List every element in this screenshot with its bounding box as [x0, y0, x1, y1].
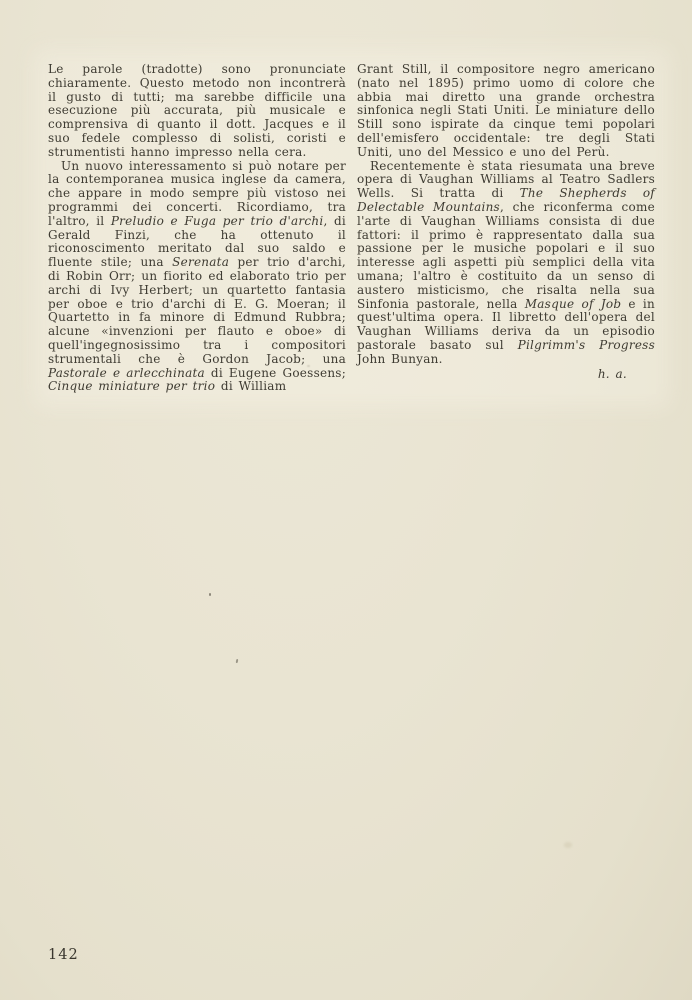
- italic-text-segment: Preludio e Fuga per trio d'archi: [111, 214, 324, 228]
- text-segment: John Bunyan.: [357, 352, 443, 366]
- left-column: Le parole (tradotte) sono pronunciate ch…: [48, 63, 346, 394]
- text-segment: di William: [215, 379, 286, 393]
- italic-text-segment: Serenata: [172, 255, 229, 269]
- text-segment: per trio d'archi, di Robin Orr; un fiori…: [48, 255, 346, 366]
- right-column: Grant Still, il compositore negro americ…: [357, 63, 655, 394]
- scan-stain: [564, 842, 572, 848]
- scanned-book-page: Le parole (tradotte) sono pronunciate ch…: [0, 0, 692, 1000]
- paragraph: Un nuovo interessamento si può notare pe…: [48, 160, 346, 395]
- italic-text-segment: Cinque miniature per trio: [48, 379, 215, 393]
- scan-speck: [209, 593, 211, 596]
- text-segment: , che riconferma come l'arte di Vaughan …: [357, 200, 655, 311]
- italic-text-segment: Pastorale e arlecchinata: [48, 366, 205, 380]
- paragraph: Recentemente è stata riesumata una breve…: [357, 160, 655, 367]
- text-block: Le parole (tradotte) sono pronunciate ch…: [48, 63, 656, 394]
- italic-text-segment: Pilgrimm's Progress: [518, 338, 655, 352]
- paragraph: Le parole (tradotte) sono pronunciate ch…: [48, 63, 346, 160]
- text-segment: Grant Still, il compositore negro americ…: [357, 62, 655, 159]
- page-number: 142: [48, 947, 79, 963]
- scan-speck: [236, 659, 238, 663]
- paragraph: Grant Still, il compositore negro americ…: [357, 63, 655, 160]
- text-segment: di Eugene Goessens;: [205, 366, 346, 380]
- italic-text-segment: Masque of Job: [525, 297, 622, 311]
- text-segment: Le parole (tradotte) sono pronunciate ch…: [48, 62, 346, 159]
- author-initials-signature: h. a.: [357, 368, 655, 382]
